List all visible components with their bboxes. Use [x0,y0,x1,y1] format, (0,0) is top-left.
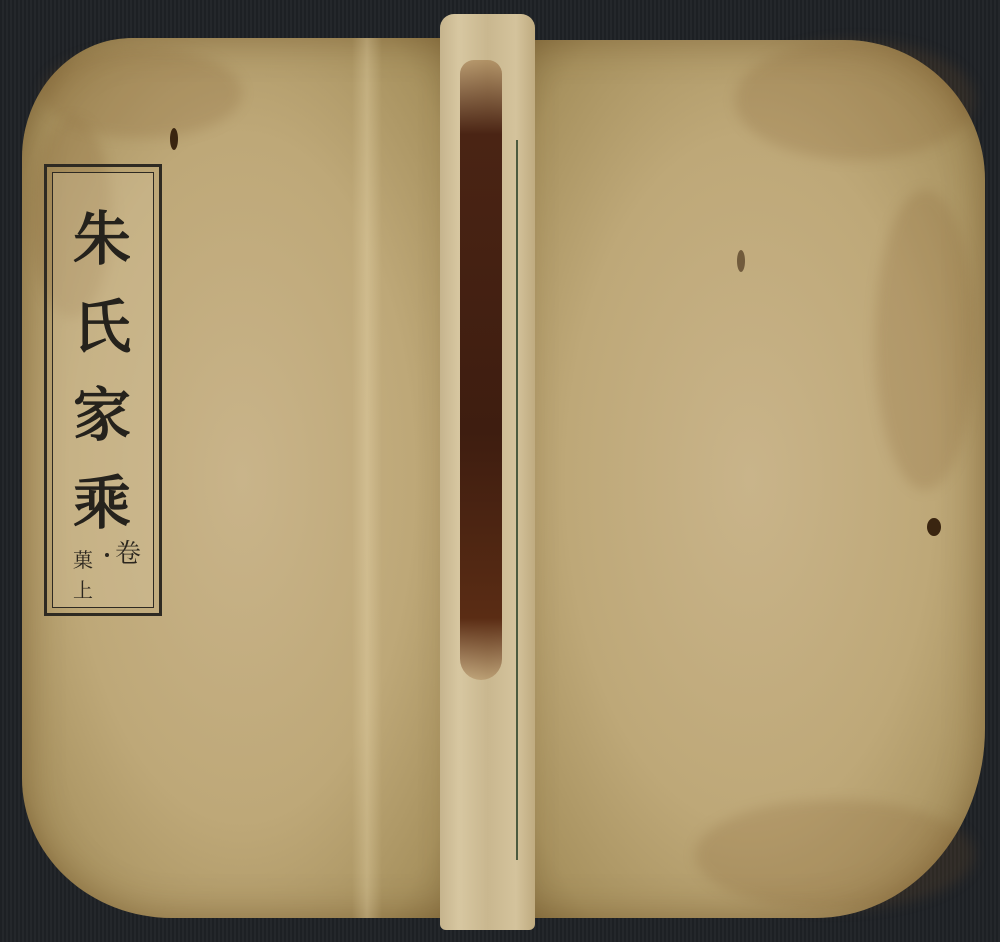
title-label: 朱 氏 家 乘 卷 菓 上 [44,164,162,616]
fold-crease [352,38,382,918]
title-label-inner-border: 朱 氏 家 乘 卷 菓 上 [52,172,154,608]
stain-spot [737,250,745,272]
separator-dot [105,553,109,557]
title-text: 朱 氏 家 乘 [61,195,143,547]
water-stain [875,190,975,490]
sub-mark: 菓 [73,545,93,575]
volume-sub-marks: 菓 上 [73,545,93,605]
stain-spot [927,518,941,536]
title-char: 朱 [73,195,131,283]
binding-thread [516,140,518,860]
back-cover [515,40,985,918]
title-char: 氏 [73,283,131,371]
sub-mark: 上 [73,575,93,605]
book-photo: 朱 氏 家 乘 卷 菓 上 [0,0,1000,942]
water-stain [695,800,975,910]
worm-hole [170,128,178,150]
spine-burn-mark [460,60,502,680]
water-stain [735,40,975,160]
title-char: 家 [73,371,131,459]
volume-mark: 卷 [115,533,141,570]
